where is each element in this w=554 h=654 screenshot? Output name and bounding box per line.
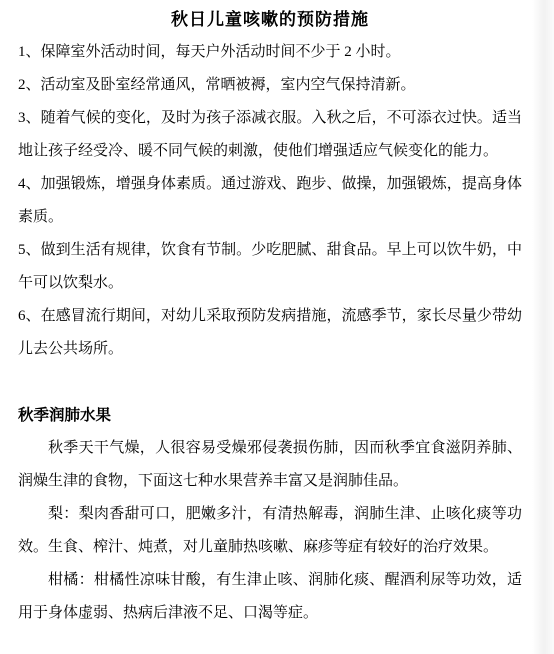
prevention-item-6-line-1: 6、在感冒流行期间，对幼儿采取预防发病措施，流感季节，家长尽量少带幼 <box>18 300 522 333</box>
prevention-item-2-line-1: 2、活动室及卧室经常通风，常晒被褥，室内空气保持清新。 <box>18 69 522 102</box>
fruits-pear-line-1: 梨：梨肉香甜可口，肥嫩多汁，有清热解毒，润肺生津、止咳化痰等功 <box>18 498 522 531</box>
fruits-intro-line-1: 秋季天干气燥，人很容易受燥邪侵袭损伤肺，因而秋季宜食滋阴养肺、 <box>18 432 522 465</box>
prevention-item-3-line-1: 3、随着气候的变化，及时为孩子添减衣服。入秋之后，不可添衣过快。适当 <box>18 102 522 135</box>
page-edge-shadow <box>532 0 554 654</box>
prevention-item-1-line-1: 1、保障室外活动时间，每天户外活动时间不少于 2 小时。 <box>18 36 522 69</box>
fruits-section: 秋季润肺水果 秋季天干气燥，人很容易受燥邪侵袭损伤肺，因而秋季宜食滋阴养肺、 润… <box>18 399 522 630</box>
prevention-section: 1、保障室外活动时间，每天户外活动时间不少于 2 小时。 2、活动室及卧室经常通… <box>18 36 522 366</box>
prevention-item-4-line-1: 4、加强锻炼，增强身体素质。通过游戏、跑步、做操，加强锻炼，提高身体 <box>18 168 522 201</box>
fruits-intro-line-2: 润燥生津的食物，下面这七种水果营养丰富又是润肺佳品。 <box>18 465 522 498</box>
prevention-item-6-line-2: 儿去公共场所。 <box>18 333 522 366</box>
prevention-item-4-line-2: 素质。 <box>18 201 522 234</box>
prevention-item-5-line-2: 午可以饮梨水。 <box>18 267 522 300</box>
fruits-pear-line-2: 效。生食、榨汁、炖煮，对儿童肺热咳嗽、麻疹等症有较好的治疗效果。 <box>18 531 522 564</box>
fruits-mandarin-line-1: 柑橘：柑橘性凉味甘酸，有生津止咳、润肺化痰、醒酒利尿等功效，适 <box>18 564 522 597</box>
document-page[interactable]: 秋日儿童咳嗽的预防措施 1、保障室外活动时间，每天户外活动时间不少于 2 小时。… <box>18 4 522 630</box>
prevention-item-5-line-1: 5、做到生活有规律，饮食有节制。少吃肥腻、甜食品。早上可以饮牛奶，中 <box>18 234 522 267</box>
document-title: 秋日儿童咳嗽的预防措施 <box>18 4 522 36</box>
fruits-section-heading: 秋季润肺水果 <box>18 399 522 432</box>
fruits-mandarin-line-2: 用于身体虚弱、热病后津液不足、口渴等症。 <box>18 597 522 630</box>
blank-line <box>18 366 522 399</box>
prevention-item-3-line-2: 地让孩子经受冷、暖不同气候的刺激，使他们增强适应气候变化的能力。 <box>18 135 522 168</box>
